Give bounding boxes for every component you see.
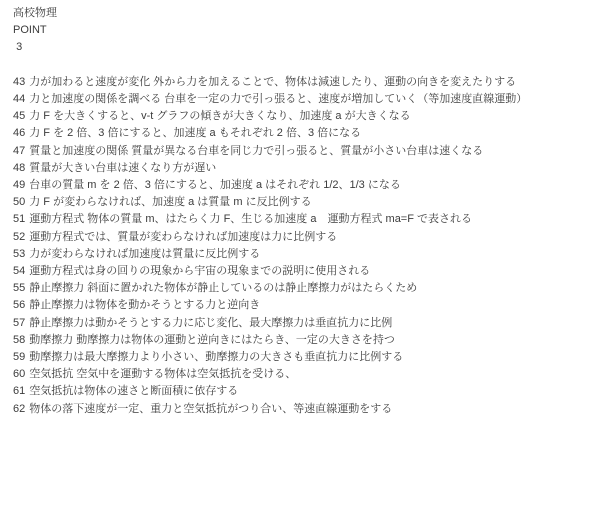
note-number: 49 — [13, 179, 25, 191]
doc-page-number: 3 — [13, 39, 590, 56]
note-number: 54 — [13, 265, 25, 277]
note-text: 物体の落下速度が一定、重力と空気抵抗がつり合い、等速直線運動をする — [29, 403, 392, 415]
note-number: 55 — [13, 282, 25, 294]
note-text: 台車の質量 m を 2 倍、3 倍にすると、加速度 a はそれぞれ 1/2、1/… — [29, 179, 401, 191]
note-line: 44力と加速度の関係を調べる 台車を一定の力で引っ張ると、速度が増加していく（等… — [13, 91, 590, 108]
note-line: 51運動方程式 物体の質量 m、はたらく力 F、生じる加速度 a 運動方程式 m… — [13, 211, 590, 228]
note-text: 質量が大きい台車は速くなり方が遅い — [29, 162, 216, 174]
note-text: 力が加わると速度が変化 外から力を加えることで、物体は減速したり、運動の向きを変… — [29, 76, 516, 88]
document-page: 高校物理 POINT 3 43力が加わると速度が変化 外から力を加えることで、物… — [0, 0, 600, 529]
note-text: 空気抵抗 空気中を運動する物体は空気抵抗を受ける、 — [29, 368, 296, 380]
note-text: 空気抵抗は物体の速さと断面積に依存する — [29, 385, 238, 397]
note-number: 50 — [13, 196, 25, 208]
note-number: 45 — [13, 110, 25, 122]
note-line: 60空気抵抗 空気中を運動する物体は空気抵抗を受ける、 — [13, 366, 590, 383]
note-number: 58 — [13, 334, 25, 346]
note-text: 質量と加速度の関係 質量が異なる台車を同じ力で引っ張ると、質量が小さい台車は速く… — [29, 145, 483, 157]
note-line: 56静止摩擦力は物体を動かそうとする力と逆向き — [13, 297, 590, 314]
note-line: 48質量が大きい台車は速くなり方が遅い — [13, 160, 590, 177]
note-number: 47 — [13, 145, 25, 157]
note-number: 62 — [13, 403, 25, 415]
note-line: 53力が変わらなければ加速度は質量に反比例する — [13, 246, 590, 263]
note-number: 59 — [13, 351, 25, 363]
note-line: 54運動方程式は身の回りの現象から宇宙の現象までの説明に使用される — [13, 263, 590, 280]
note-number: 48 — [13, 162, 25, 174]
note-number: 51 — [13, 213, 25, 225]
note-line: 55静止摩擦力 斜面に置かれた物体が静止しているのは静止摩擦力がはたらくため — [13, 280, 590, 297]
note-text: 力 F を 2 倍、3 倍にすると、加速度 a もそれぞれ 2 倍、3 倍になる — [29, 127, 361, 139]
note-text: 運動方程式 物体の質量 m、はたらく力 F、生じる加速度 a 運動方程式 ma=… — [29, 213, 472, 225]
doc-title: 高校物理 — [13, 5, 590, 22]
note-line: 62物体の落下速度が一定、重力と空気抵抗がつり合い、等速直線運動をする — [13, 401, 590, 418]
document-header: 高校物理 POINT 3 — [13, 5, 590, 57]
note-line: 43力が加わると速度が変化 外から力を加えることで、物体は減速したり、運動の向き… — [13, 74, 590, 91]
note-text: 静止摩擦力は動かそうとする力に応じ変化、最大摩擦力は垂直抗力に比例 — [29, 317, 392, 329]
note-line: 58動摩擦力 動摩擦力は物体の運動と逆向きにはたらき、一定の大きさを持つ — [13, 332, 590, 349]
note-line: 47質量と加速度の関係 質量が異なる台車を同じ力で引っ張ると、質量が小さい台車は… — [13, 143, 590, 160]
note-number: 46 — [13, 127, 25, 139]
note-line: 52運動方程式では、質量が変わらなければ加速度は力に比例する — [13, 229, 590, 246]
note-text: 力 F を大きくすると、v-t グラフの傾きが大きくなり、加速度 a が大きくな… — [29, 110, 410, 122]
note-text: 力が変わらなければ加速度は質量に反比例する — [29, 248, 260, 260]
note-line: 59動摩擦力は最大摩擦力より小さい、動摩擦力の大きさも垂直抗力に比例する — [13, 349, 590, 366]
note-text: 動摩擦力は最大摩擦力より小さい、動摩擦力の大きさも垂直抗力に比例する — [29, 351, 403, 363]
note-line: 45力 F を大きくすると、v-t グラフの傾きが大きくなり、加速度 a が大き… — [13, 108, 590, 125]
note-text: 動摩擦力 動摩擦力は物体の運動と逆向きにはたらき、一定の大きさを持つ — [29, 334, 395, 346]
note-text: 力と加速度の関係を調べる 台車を一定の力で引っ張ると、速度が増加していく（等加速… — [29, 93, 527, 105]
blank-line — [13, 57, 590, 74]
note-line: 46力 F を 2 倍、3 倍にすると、加速度 a もそれぞれ 2 倍、3 倍に… — [13, 125, 590, 142]
note-number: 61 — [13, 385, 25, 397]
note-line: 57静止摩擦力は動かそうとする力に応じ変化、最大摩擦力は垂直抗力に比例 — [13, 315, 590, 332]
note-number: 43 — [13, 76, 25, 88]
note-text: 静止摩擦力 斜面に置かれた物体が静止しているのは静止摩擦力がはたらくため — [29, 282, 417, 294]
note-number: 56 — [13, 299, 25, 311]
note-text: 静止摩擦力は物体を動かそうとする力と逆向き — [29, 299, 260, 311]
note-text: 力 F が変わらなければ、加速度 a は質量 m に反比例する — [29, 196, 311, 208]
note-text: 運動方程式は身の回りの現象から宇宙の現象までの説明に使用される — [29, 265, 370, 277]
note-line: 50力 F が変わらなければ、加速度 a は質量 m に反比例する — [13, 194, 590, 211]
note-number: 44 — [13, 93, 25, 105]
note-line: 61空気抵抗は物体の速さと断面積に依存する — [13, 383, 590, 400]
note-number: 52 — [13, 231, 25, 243]
note-number: 57 — [13, 317, 25, 329]
note-text: 運動方程式では、質量が変わらなければ加速度は力に比例する — [29, 231, 337, 243]
notes-list: 43力が加わると速度が変化 外から力を加えることで、物体は減速したり、運動の向き… — [13, 74, 590, 418]
doc-label: POINT — [13, 22, 590, 39]
note-number: 60 — [13, 368, 25, 380]
note-line: 49台車の質量 m を 2 倍、3 倍にすると、加速度 a はそれぞれ 1/2、… — [13, 177, 590, 194]
note-number: 53 — [13, 248, 25, 260]
